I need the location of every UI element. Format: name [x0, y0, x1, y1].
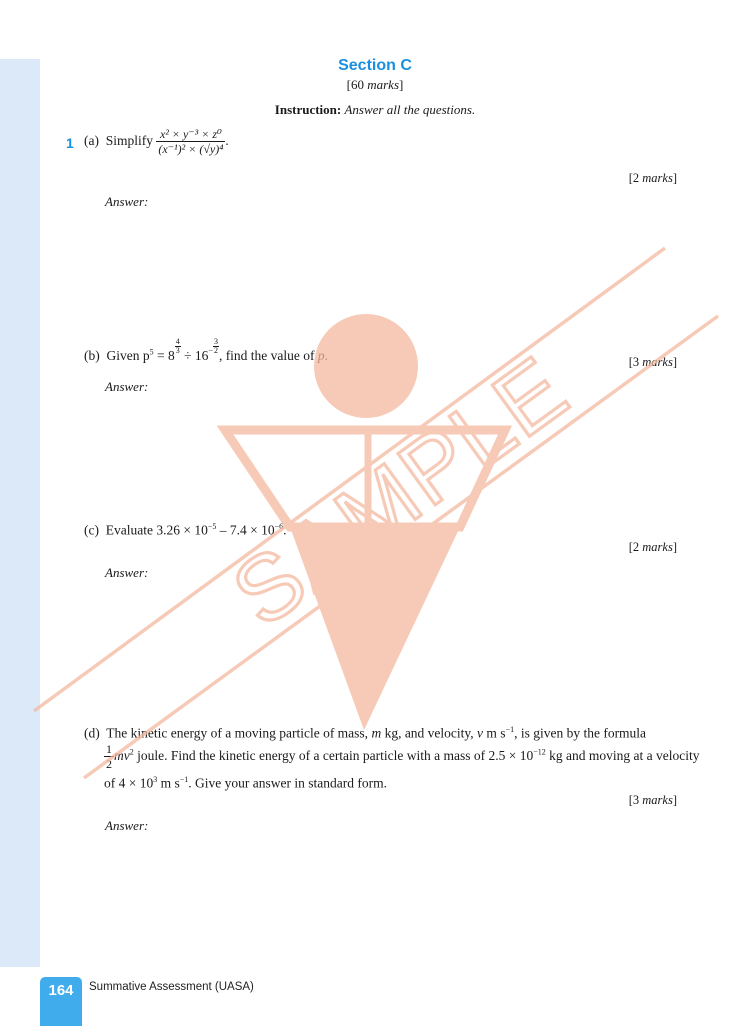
page-number: 164: [40, 977, 82, 1026]
question-1c: (c) Evaluate 3.26 × 10−5 – 7.4 × 10−6.: [84, 522, 286, 539]
answer-label-1b: Answer:: [105, 379, 148, 395]
section-title: Section C: [0, 57, 750, 75]
side-margin-band: [0, 59, 40, 967]
question-1d-line2: 12mv2 joule. Find the kinetic energy of …: [104, 742, 700, 772]
question-1b: (b) Given p5 = 843 ÷ 16−32, find the val…: [84, 338, 328, 364]
section-marks: [60 marks]: [0, 77, 750, 93]
marks-1c: [2 marks]: [629, 540, 677, 555]
marks-1b: [3 marks]: [629, 355, 677, 370]
question-number: 1: [66, 135, 74, 151]
question-1a: (a) Simplify x² × y⁻³ × z⁰(x⁻¹)² × (√y)⁴…: [84, 127, 229, 157]
simplify-fraction: x² × y⁻³ × z⁰(x⁻¹)² × (√y)⁴: [156, 127, 225, 157]
answer-label-1c: Answer:: [105, 565, 148, 581]
answer-label-1a: Answer:: [105, 194, 148, 210]
question-1d-line1: (d) The kinetic energy of a moving parti…: [84, 725, 646, 742]
marks-1d: [3 marks]: [629, 793, 677, 808]
footer-title: Summative Assessment (UASA): [89, 981, 254, 993]
answer-label-1d: Answer:: [105, 818, 148, 834]
svg-text:SAMPLE: SAMPLE: [215, 337, 587, 646]
marks-1a: [2 marks]: [629, 171, 677, 186]
instruction: Instruction: Answer all the questions.: [0, 102, 750, 118]
question-1d-line3: of 4 × 103 m s−1. Give your answer in st…: [104, 775, 387, 792]
